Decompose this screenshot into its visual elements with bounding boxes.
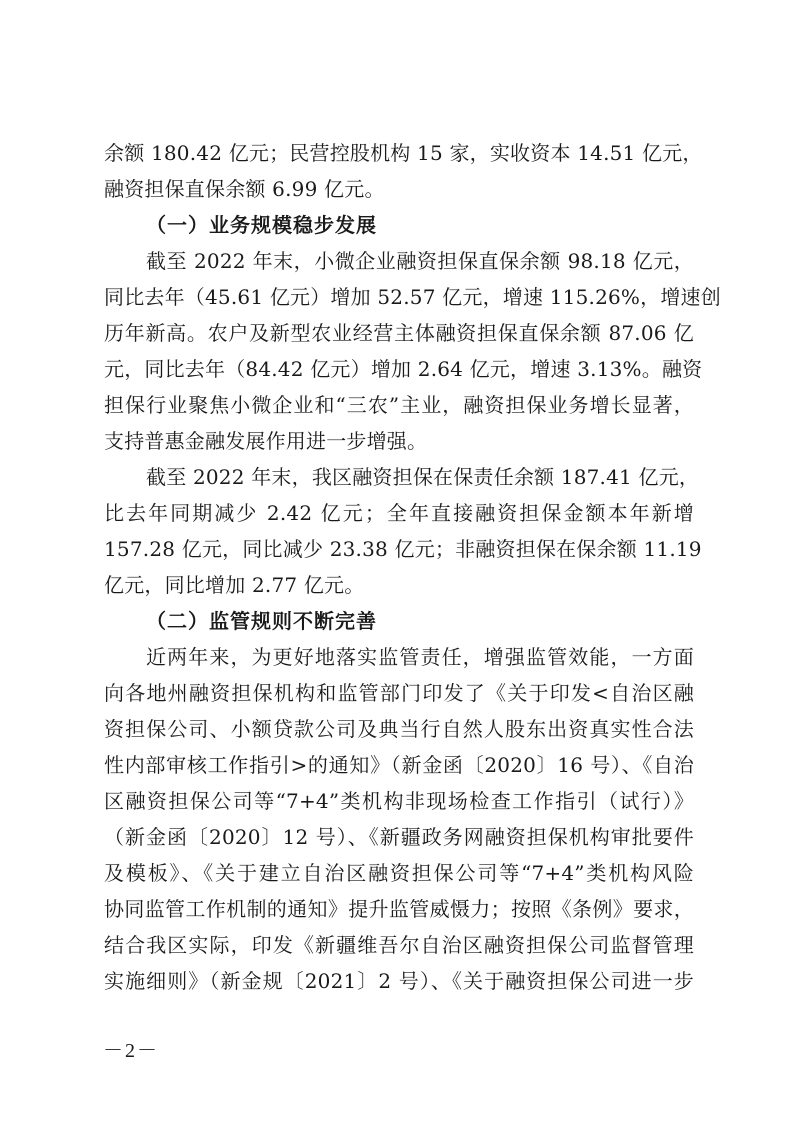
paragraph-line: 亿元，同比增加 2.77 亿元。 xyxy=(104,570,694,600)
paragraph-line: 区融资担保公司等“7+4”类机构非现场检查工作指引（试行）》 xyxy=(104,786,694,816)
paragraph-line: 截至 2022 年末，小微企业融资担保直保余额 98.18 亿元， xyxy=(146,246,694,276)
paragraph-line: 同比去年（45.61 亿元）增加 52.57 亿元，增速 115.26%，增速创 xyxy=(104,282,694,312)
text-line: 余额 180.42 亿元；民营控股机构 15 家，实收资本 14.51 亿元， xyxy=(104,138,694,168)
text-line: 融资担保直保余额 6.99 亿元。 xyxy=(104,174,694,204)
paragraph-line: 157.28 亿元，同比减少 23.38 亿元；非融资担保在保余额 11.19 xyxy=(104,534,694,564)
paragraph-line: 协同监管工作机制的通知》提升监管威慑力；按照《条例》要求， xyxy=(104,894,694,924)
paragraph-line: 历年新高。农户及新型农业经营主体融资担保直保余额 87.06 亿 xyxy=(104,318,694,348)
paragraph-line: 资担保公司、小额贷款公司及典当行自然人股东出资真实性合法 xyxy=(104,714,694,744)
section-heading-1: （一）业务规模稳步发展 xyxy=(146,210,377,240)
paragraph-line: 支持普惠金融发展作用进一步增强。 xyxy=(104,426,694,456)
page-number: －2－ xyxy=(103,1036,159,1066)
paragraph-line: 及模板》、《关于建立自治区融资担保公司等“7+4”类机构风险 xyxy=(104,858,694,888)
paragraph-line: 元，同比去年（84.42 亿元）增加 2.64 亿元，增速 3.13%。融资 xyxy=(104,354,694,384)
paragraph-line: （新金函〔2020〕12 号）、《新疆政务网融资担保机构审批要件 xyxy=(104,822,694,852)
document-page: 余额 180.42 亿元；民营控股机构 15 家，实收资本 14.51 亿元， … xyxy=(0,0,793,1122)
paragraph-line: 截至 2022 年末，我区融资担保在保责任余额 187.41 亿元， xyxy=(146,462,694,492)
paragraph-line: 担保行业聚焦小微企业和“三农”主业，融资担保业务增长显著， xyxy=(104,390,694,420)
section-heading-2: （二）监管规则不断完善 xyxy=(146,606,377,636)
paragraph-line: 结合我区实际，印发《新疆维吾尔自治区融资担保公司监督管理 xyxy=(104,930,694,960)
paragraph-line: 向各地州融资担保机构和监管部门印发了《关于印发<自治区融 xyxy=(104,678,694,708)
paragraph-line: 性内部审核工作指引>的通知》（新金函〔2020〕16 号）、《自治 xyxy=(104,750,694,780)
paragraph-line: 近两年来，为更好地落实监管责任，增强监管效能，一方面 xyxy=(146,642,694,672)
paragraph-line: 比去年同期减少 2.42 亿元；全年直接融资担保金额本年新增 xyxy=(104,498,694,528)
paragraph-line: 实施细则》（新金规〔2021〕2 号）、《关于融资担保公司进一步 xyxy=(104,966,694,996)
